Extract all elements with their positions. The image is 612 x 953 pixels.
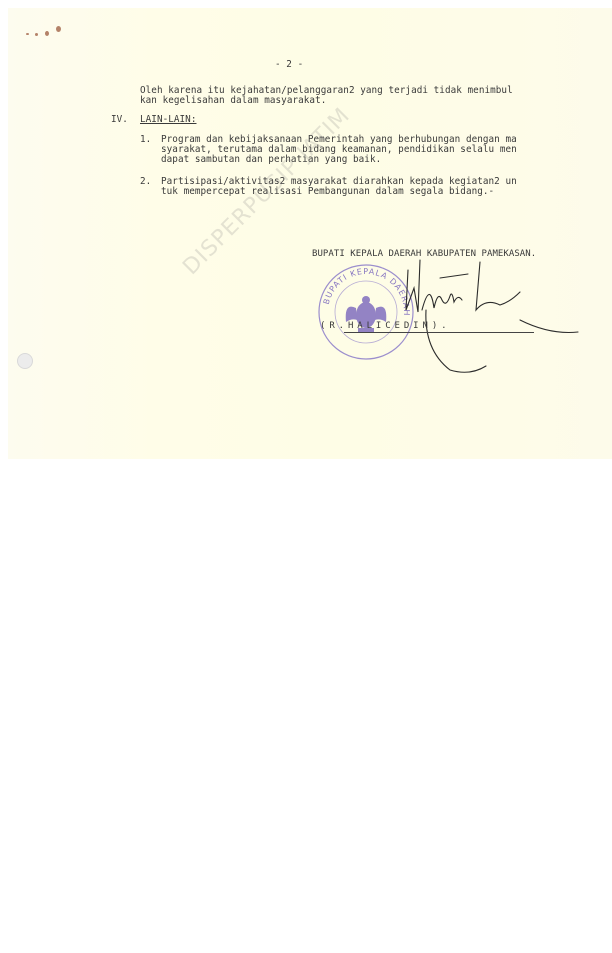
- list-item-line: dapat sambutan dan perhatian yang baik.: [161, 155, 381, 165]
- paragraph-line: kan kegelisahan dalam masyarakat.: [140, 96, 326, 106]
- list-item-number: 1.: [140, 135, 151, 145]
- list-item-number: 2.: [140, 177, 151, 187]
- list-item-line: tuk mempercepat realisasi Pembangunan da…: [161, 187, 494, 197]
- signatory-name: (R.HALICEDIN).: [320, 321, 450, 331]
- stain-mark: [35, 33, 38, 36]
- name-underline: [344, 332, 534, 333]
- section-title: LAIN-LAIN:: [140, 115, 196, 125]
- stain-mark: [56, 26, 61, 32]
- page-number: - 2 -: [275, 60, 303, 70]
- stain-mark: [45, 31, 49, 36]
- stain-mark: [26, 33, 29, 35]
- scanned-page: [8, 8, 612, 459]
- handwritten-signature-icon: [390, 250, 600, 380]
- section-number: IV.: [111, 115, 128, 125]
- punch-hole: [17, 353, 33, 369]
